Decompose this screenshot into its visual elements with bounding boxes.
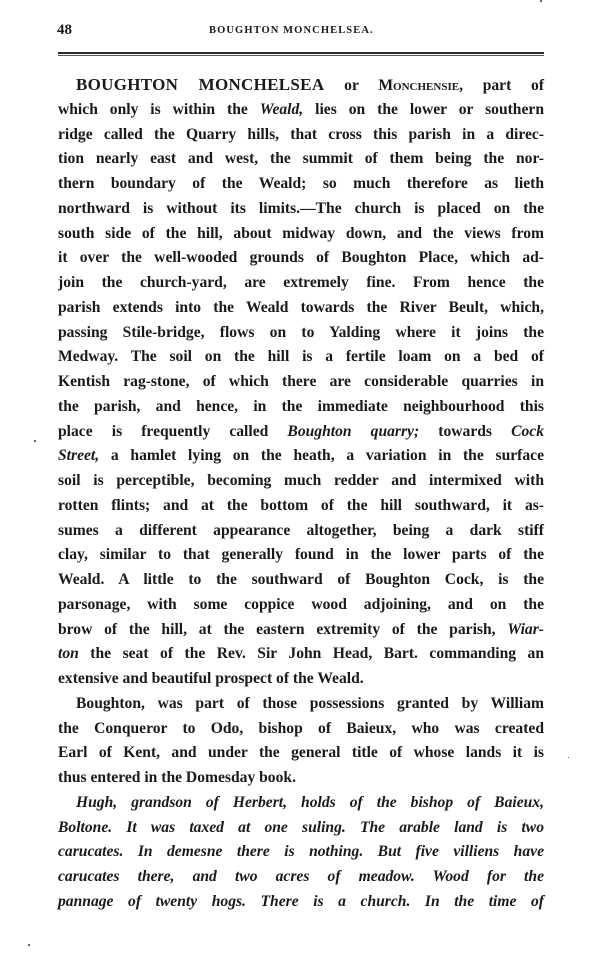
running-title: BOUGHTON MONCHELSEA. xyxy=(209,25,374,36)
text-line: clay, similar to that generally found in… xyxy=(58,543,544,568)
text-line: thern boundary of the Weald; so much the… xyxy=(58,172,544,197)
text-line: BOUGHTON MONCHELSEA or Monchensie, part … xyxy=(58,73,544,98)
text-line: Medway. The soil on the hill is a fertil… xyxy=(58,345,544,370)
text-line: parish extends into the Weald towards th… xyxy=(58,296,544,321)
text-line: the Conqueror to Odo, bishop of Baieux, … xyxy=(58,717,544,742)
text-line: rotten flints; and at the bottom of the … xyxy=(58,494,544,519)
page-number: 48 xyxy=(57,22,72,39)
text-line: pannage of twenty hogs. There is a churc… xyxy=(58,890,544,915)
text-line: carucates there, and two acres of meadow… xyxy=(58,865,544,890)
text-line: the parish, and hence, in the immediate … xyxy=(58,395,544,420)
text-line: south side of the hill, about midway dow… xyxy=(58,222,544,247)
text-line: which only is within the Weald, lies on … xyxy=(58,98,544,123)
text-line: Hugh, grandson of Herbert, holds of the … xyxy=(58,791,544,816)
running-head: 48 BOUGHTON MONCHELSEA. xyxy=(57,22,543,42)
text-line: Boltone. It was taxed at one suling. The… xyxy=(58,816,544,841)
text-line: thus entered in the Domesday book. xyxy=(58,766,544,791)
text-line: parsonage, with some coppice wood adjoin… xyxy=(58,593,544,618)
text-line: ton the seat of the Rev. Sir John Head, … xyxy=(58,642,544,667)
scan-speck xyxy=(540,0,542,2)
text-line: brow of the hill, at the eastern extremi… xyxy=(58,618,544,643)
paragraph-2: Boughton, was part of those possessions … xyxy=(58,692,544,791)
text-line: tion nearly east and west, the summit of… xyxy=(58,147,544,172)
text-line: Earl of Kent, and under the general titl… xyxy=(58,741,544,766)
text-line: it over the well-wooded grounds of Bough… xyxy=(58,246,544,271)
text-line: ridge called the Quarry hills, that cros… xyxy=(58,123,544,148)
scan-speck xyxy=(28,944,30,946)
text-line: Weald. A little to the southward of Boug… xyxy=(58,568,544,593)
text-line: Kentish rag-stone, of which there are co… xyxy=(58,370,544,395)
paragraph-1: BOUGHTON MONCHELSEA or Monchensie, part … xyxy=(58,73,544,692)
body-text: BOUGHTON MONCHELSEA or Monchensie, part … xyxy=(58,73,544,915)
text-line: passing Stile-bridge, flows on to Yaldin… xyxy=(58,321,544,346)
text-line: extensive and beautiful prospect of the … xyxy=(58,667,544,692)
text-line: sumes a different appearance altogether,… xyxy=(58,519,544,544)
book-page: 48 BOUGHTON MONCHELSEA. BOUGHTON MONCHEL… xyxy=(0,0,600,972)
scan-speck xyxy=(34,440,36,442)
text-line: carucates. In demesne there is nothing. … xyxy=(58,840,544,865)
text-line: place is frequently called Boughton quar… xyxy=(58,420,544,445)
text-line: soil is perceptible, becoming much redde… xyxy=(58,469,544,494)
domesday-quotation: Hugh, grandson of Herbert, holds of the … xyxy=(58,791,544,915)
scan-speck xyxy=(568,757,569,758)
text-line: Boughton, was part of those possessions … xyxy=(58,692,544,717)
text-line: northward is without its limits.—The chu… xyxy=(58,197,544,222)
text-line: join the church-yard, are extremely fine… xyxy=(58,271,544,296)
text-line: Street, a hamlet lying on the heath, a v… xyxy=(58,444,544,469)
header-rule xyxy=(58,51,544,57)
